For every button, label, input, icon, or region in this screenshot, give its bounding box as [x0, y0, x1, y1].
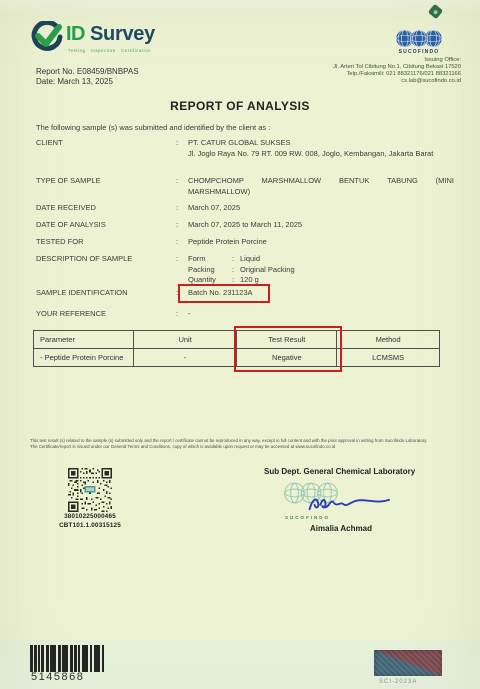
- qr-code: [68, 468, 112, 512]
- description-quantity: Quantity : 120 g: [188, 275, 454, 286]
- cell-test-result: Negative: [237, 349, 337, 367]
- colon: :: [232, 254, 240, 265]
- qr-number-2: CBT101.1.00315125: [44, 522, 136, 531]
- logo-tagline: Testing Inspection Certification: [68, 48, 151, 53]
- issuing-office-line2: Jl. Arteri Tol Cibitung No.1, Cibitung B…: [231, 64, 461, 71]
- field-label: CLIENT: [36, 138, 176, 149]
- field-description-of-sample: DESCRIPTION OF SAMPLE : Form : Liquid Pa…: [36, 254, 454, 286]
- colon: :: [176, 220, 188, 231]
- field-type-of-sample: TYPE OF SAMPLE : CHOMPCHOMP MARSHMALLOW …: [36, 176, 454, 197]
- description-packing: Packing : Original Packing: [188, 265, 454, 276]
- logo-text-id: ID: [66, 23, 85, 46]
- colon: :: [176, 309, 188, 320]
- sticker-label: SCI-2023A: [379, 679, 417, 685]
- date-of-analysis-value: March 07, 2025 to March 11, 2025: [188, 220, 454, 231]
- disclaimer-line2: The Certificate/report is issued under o…: [30, 444, 454, 450]
- idsurvey-logo: ID Survey Testing Inspection Certificati…: [28, 21, 188, 55]
- field-date-of-analysis: DATE OF ANALYSIS : March 07, 2025 to Mar…: [36, 220, 454, 231]
- type-of-sample-value: CHOMPCHOMP MARSHMALLOW BENTUK TABUNG (MI…: [188, 176, 454, 197]
- client-name: PT. CATUR GLOBAL SUKSES: [188, 138, 454, 149]
- qr-number-1: 38010225000465: [44, 513, 136, 522]
- field-tested-for: TESTED FOR : Peptide Protein Porcine: [36, 237, 454, 248]
- col-test-result: Test Result: [237, 331, 337, 349]
- signer-name: Aimalia Achmad: [296, 524, 386, 533]
- field-label: TESTED FOR: [36, 237, 176, 248]
- issuing-office-line3: Telp./Faksimili: 021 88321176/021 883211…: [231, 71, 461, 78]
- disclaimer: This test result (s) related to the samp…: [30, 438, 454, 450]
- field-sample-identification: SAMPLE IDENTIFICATION : Batch No. 231123…: [36, 288, 454, 299]
- colon: :: [176, 176, 188, 187]
- field-label: DESCRIPTION OF SAMPLE: [36, 254, 176, 265]
- security-sticker: [374, 650, 442, 676]
- colon: :: [176, 203, 188, 214]
- cell-unit: -: [133, 349, 237, 367]
- sub-label: Quantity: [188, 275, 232, 286]
- table-row: - Peptide Protein Porcine - Negative LCM…: [34, 349, 440, 367]
- document-title: REPORT OF ANALYSIS: [0, 99, 480, 113]
- sub-value: Liquid: [240, 254, 260, 265]
- sub-value: 120 g: [240, 275, 259, 286]
- client-address: Jl. Joglo Raya No. 79 RT. 009 RW. 008, J…: [188, 149, 454, 160]
- col-unit: Unit: [133, 331, 237, 349]
- field-label: DATE OF ANALYSIS: [36, 220, 176, 231]
- report-meta: Report No. E08459/BNBPAS Date: March 13,…: [36, 67, 139, 87]
- description-form: Form : Liquid: [188, 254, 454, 265]
- report-of-analysis-document: ID Survey Testing Inspection Certificati…: [0, 0, 480, 689]
- logo-text-survey: Survey: [90, 23, 155, 46]
- colon: :: [176, 288, 188, 299]
- your-reference-value: -: [188, 309, 454, 320]
- colon: :: [232, 265, 240, 276]
- sample-identification-value: Batch No. 231123A: [188, 288, 454, 299]
- idsurvey-check-icon: [28, 21, 64, 53]
- sub-dept-title: Sub Dept. General Chemical Laboratory: [264, 467, 415, 476]
- table-header-row: Parameter Unit Test Result Method: [34, 331, 440, 349]
- sub-label: Form: [188, 254, 232, 265]
- qr-numbers: 38010225000465 CBT101.1.00315125: [44, 513, 136, 530]
- field-date-received: DATE RECEIVED : March 07, 2025: [36, 203, 454, 214]
- issuing-office: Issuing Office: Jl. Arteri Tol Cibitung …: [231, 57, 461, 85]
- colon: :: [232, 275, 240, 286]
- cell-parameter: - Peptide Protein Porcine: [34, 349, 134, 367]
- tested-for-value: Peptide Protein Porcine: [188, 237, 454, 248]
- issuing-office-line4: cs.lab@sucofindo.co.id: [231, 78, 461, 85]
- signature: [304, 489, 396, 515]
- cell-method: LCMSMS: [337, 349, 440, 367]
- sub-label: Packing: [188, 265, 232, 276]
- report-date: Date: March 13, 2025: [36, 77, 139, 87]
- sucofindo-wordmark: SUCOFINDO: [393, 49, 445, 55]
- field-client: CLIENT : PT. CATUR GLOBAL SUKSES Jl. Jog…: [36, 138, 454, 159]
- barcode-number: 5145868: [31, 671, 84, 683]
- intro-line: The following sample (s) was submitted a…: [36, 123, 270, 132]
- issuing-office-line1: Issuing Office:: [231, 57, 461, 64]
- col-parameter: Parameter: [34, 331, 134, 349]
- field-your-reference: YOUR REFERENCE : -: [36, 309, 454, 320]
- field-label: YOUR REFERENCE: [36, 309, 176, 320]
- colon: :: [176, 237, 188, 248]
- field-label: TYPE OF SAMPLE: [36, 176, 176, 187]
- field-label: DATE RECEIVED: [36, 203, 176, 214]
- field-label: SAMPLE IDENTIFICATION: [36, 288, 176, 299]
- col-method: Method: [337, 331, 440, 349]
- colon: :: [176, 138, 188, 149]
- sub-value: Original Packing: [240, 265, 295, 276]
- colon: :: [176, 254, 188, 265]
- scan-top-edge: [0, 0, 480, 14]
- barcode: [30, 645, 104, 672]
- results-table: Parameter Unit Test Result Method - Pept…: [33, 330, 440, 367]
- sucofindo-globes-icon: [395, 29, 443, 48]
- report-number: Report No. E08459/BNBPAS: [36, 67, 139, 77]
- stamp-wordmark: SUCOFINDO: [285, 515, 330, 520]
- date-received-value: March 07, 2025: [188, 203, 454, 214]
